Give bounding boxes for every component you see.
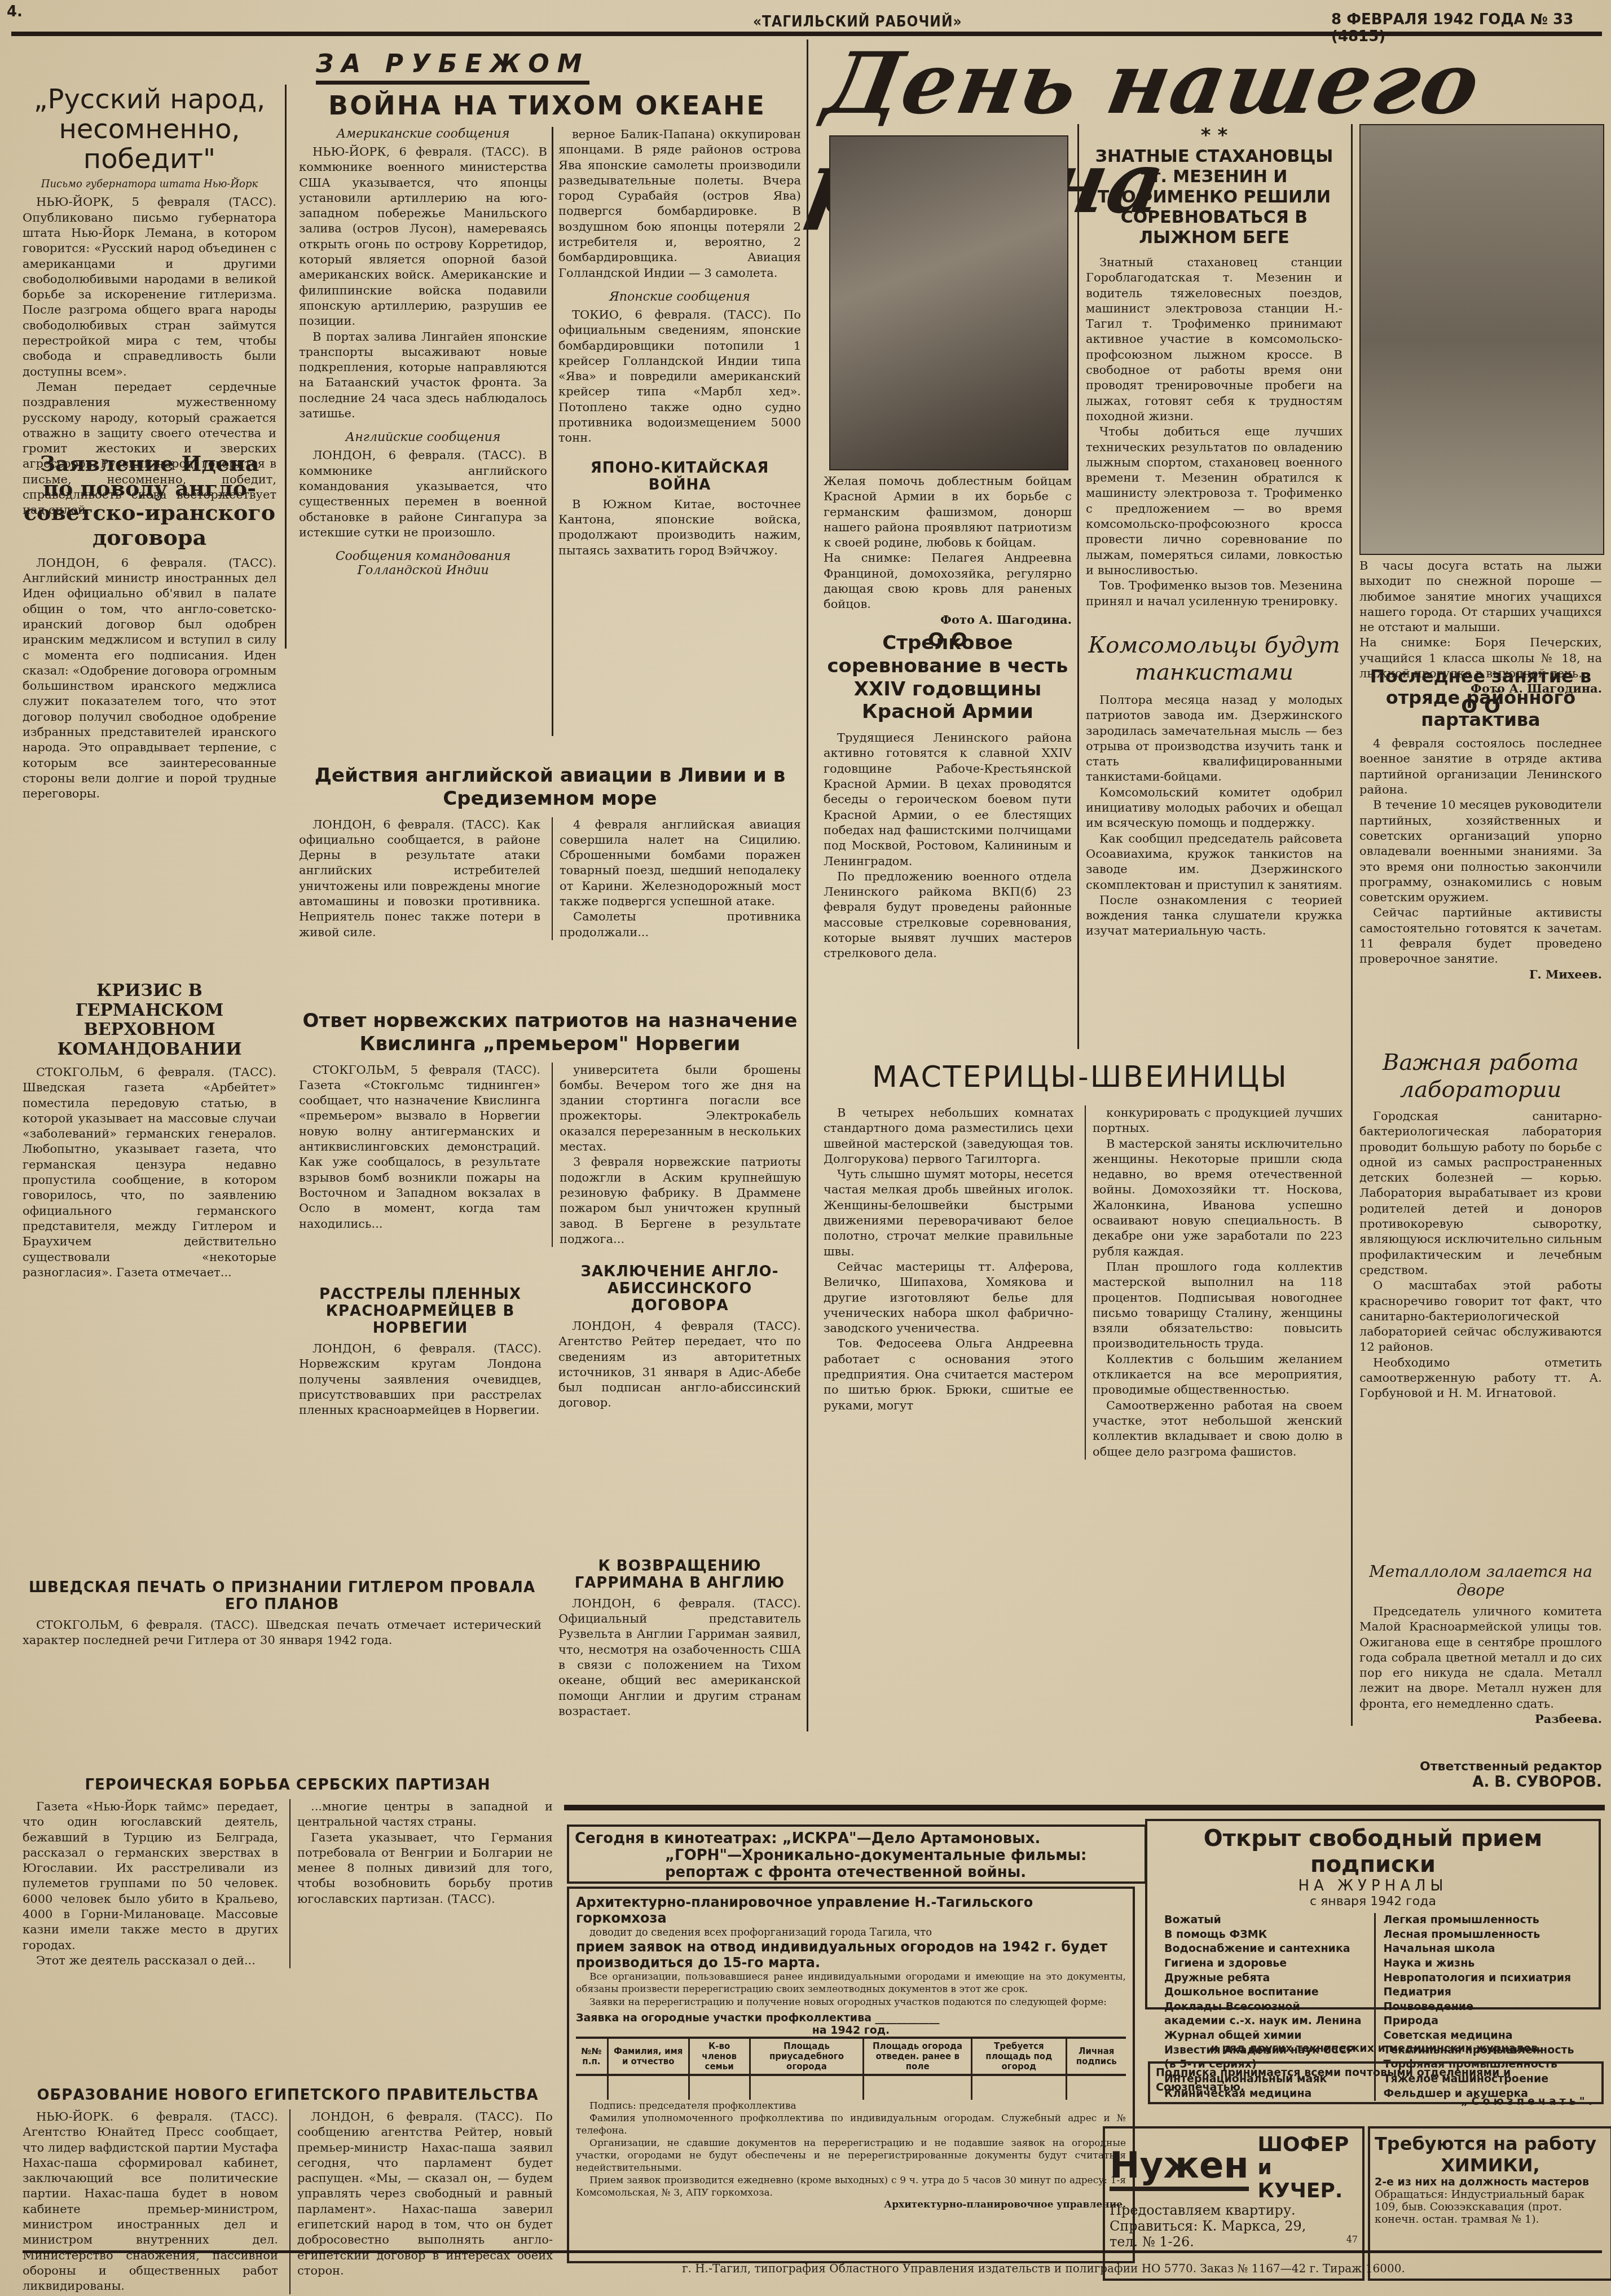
cinema-line: Сегодня в кинотеатрах: „ИСКРА"—Дело Арта… xyxy=(575,1830,1139,1847)
paragraph: университета были брошены бомбы. Вечером… xyxy=(560,1063,801,1155)
ad-code: 47 xyxy=(1346,2234,1358,2250)
paragraph: План прошлого года коллектив мастерской … xyxy=(1093,1259,1342,1352)
article-seamstresses: В четырех небольших комнатах стандартног… xyxy=(824,1105,1342,1460)
form-title: Заявка на огородные участки профколлекти… xyxy=(576,2012,1126,2024)
ad-role: и КУЧЕР. xyxy=(1258,2156,1358,2202)
paragraph: 4 февраля английская авиация совершила н… xyxy=(560,817,801,910)
paragraph: Председатель уличного комитета Малой Кра… xyxy=(1359,1604,1602,1712)
journal-item: Природа xyxy=(1384,2014,1582,2029)
paragraph: Фамилия уполномоченного профколлектива п… xyxy=(576,2112,1126,2137)
paragraph: Тов. Трофименко вызов тов. Мезенина прин… xyxy=(1086,578,1342,609)
page-number: 4. xyxy=(7,3,23,20)
imprint: г. Н.-Тагил, типография Областного Управ… xyxy=(508,2262,1579,2275)
article-title: Последнее занятие в отряде районного пар… xyxy=(1359,666,1602,730)
paragraph: конкурировать с продукцией лучших портны… xyxy=(1093,1105,1342,1136)
paragraph: Организации, не сдавшие документов на пе… xyxy=(576,2137,1126,2174)
article-title: РАССТРЕЛЫ ПЛЕННЫХ КРАСНОАРМЕЙЦЕВ В НОРВЕ… xyxy=(299,1286,542,1337)
article-title: „Русский народ, несомненно, победит" xyxy=(23,85,276,174)
journal-item: Советская медицина xyxy=(1384,2029,1582,2043)
article-pacific-col2: верное Балик-Папана) оккупирован японцам… xyxy=(558,127,801,558)
cinema-ad: Сегодня в кинотеатрах: „ИСКРА"—Дело Арта… xyxy=(567,1825,1147,1884)
ad-contact: Справиться: К. Маркса, 29, xyxy=(1110,2218,1358,2234)
article-egypt: ОБРАЗОВАНИЕ НОВОГО ЕГИПЕТСКОГО ПРАВИТЕЛЬ… xyxy=(23,2087,553,2294)
paragraph: доводит до сведения всех профорганизаций… xyxy=(576,1926,1126,1939)
journal-item: Невропатология и психиатрия xyxy=(1384,1971,1582,1986)
paragraph: Чуть слышно шумят моторы, несется частая… xyxy=(824,1167,1073,1259)
ad-rule xyxy=(564,1805,1605,1810)
article-lab: Важная работа лаборатории Городская сани… xyxy=(1359,1049,1602,1402)
section-title: ЗА РУБЕЖОМ xyxy=(316,50,589,85)
paragraph: После ознакомления с теорией вождения та… xyxy=(1086,893,1342,939)
article-title: ШВЕДСКАЯ ПЕЧАТЬ О ПРИЗНАНИИ ГИТЛЕРОМ ПРО… xyxy=(23,1579,542,1613)
paragraph: Газета указывает, что Германия потребова… xyxy=(297,1830,553,1907)
note-text: Подписка принимается всеми почтовыми отд… xyxy=(1156,2066,1596,2095)
paragraph: НЬЮ-ЙОРК, 6 февраля. (ТАСС). В коммюнике… xyxy=(299,144,547,329)
footer-rule xyxy=(23,2250,1602,2253)
paragraph: Заявки на перерегистрацию и получение но… xyxy=(576,1996,1126,2008)
journal-item: Доклады Всесоюзной академии с.-х. наук и… xyxy=(1164,2000,1363,2029)
paragraph: ТОКИО, 6 февраля. (ТАСС). По официальным… xyxy=(558,307,801,446)
paragraph: ЛОНДОН, 6 февраля. (ТАСС). По сообщению … xyxy=(297,2109,553,2279)
ad-subtitle: НА ЖУРНАЛЫ xyxy=(1147,1878,1599,1894)
subheading: Сообщения командования Голландской Индии xyxy=(299,549,547,578)
article-shooting: Стрелковое соревнование в честь XXIV год… xyxy=(824,632,1072,962)
paragraph: Сейчас партийные активисты самостоятельн… xyxy=(1359,905,1602,967)
column-divider xyxy=(1077,124,1079,1049)
driver-ad: Нужен ШОФЕР и КУЧЕР. Предоставляем кварт… xyxy=(1103,2126,1364,2281)
paragraph: Коллектив с большим желанием откликается… xyxy=(1093,1352,1342,1398)
subscription-note: Подписка принимается всеми почтовыми отд… xyxy=(1148,2061,1604,2104)
photo-caption: На снимке: Пелагея Андреевна Франциной, … xyxy=(824,550,1072,612)
editor-name: А. В. СУВОРОВ. xyxy=(1359,1774,1602,1791)
article-eden: Заявление Идена по поводу англо-советско… xyxy=(23,451,276,802)
paragraph: В мастерской заняты исключительно женщин… xyxy=(1093,1136,1342,1259)
article-title: КРИЗИС В ГЕРМАНСКОМ ВЕРХОВНОМ КОМАНДОВАН… xyxy=(23,981,276,1059)
paragraph: В четырех небольших комнатах стандартног… xyxy=(824,1105,1073,1167)
photo-caption: Желая помочь доблестным бойцам Красной А… xyxy=(824,474,1072,550)
subheading: Японские сообщения xyxy=(558,290,801,304)
application-form: №№ п.п. Фамилия, имя и отчество К-во чле… xyxy=(576,2037,1126,2100)
paragraph: верное Балик-Папана) оккупирован японцам… xyxy=(558,127,801,281)
ad-phone: тел. № 1-26. xyxy=(1110,2234,1194,2250)
paragraph: В портах залива Лингайен японские трансп… xyxy=(299,329,547,422)
article-title: Ответ норвежских патриотов на назначение… xyxy=(299,1010,801,1056)
article-title: ВОЙНА НА ТИХОМ ОКЕАНЕ xyxy=(293,90,801,121)
signature: Г. Михеев. xyxy=(1359,967,1602,981)
article-title: ЯПОНО-КИТАЙСКАЯ ВОЙНА xyxy=(558,460,801,493)
journal-item: Дружные ребята xyxy=(1164,1971,1363,1986)
article-title: Стрелковое соревнование в честь XXIV год… xyxy=(824,632,1072,724)
form-col: Площадь приусадебного огорода xyxy=(750,2038,863,2075)
page-divider xyxy=(807,39,808,1731)
article-title: Комсомольцы будут танкистами xyxy=(1086,632,1342,686)
paragraph: СТОКГОЛЬМ, 6 февраля. (ТАСС). Шведская г… xyxy=(23,1065,276,1280)
article-title: ЗНАТНЫЕ СТАХАНОВЦЫ тт. МЕЗЕНИН И ТРОФИМЕ… xyxy=(1086,147,1342,248)
signature: Разбеева. xyxy=(1359,1712,1602,1726)
article-title: Металлолом залается на дворе xyxy=(1359,1562,1602,1599)
org-name: „Союзпечать". xyxy=(1156,2095,1596,2109)
article-title: Заявление Идена по поводу англо-советско… xyxy=(23,451,276,550)
ad-contact: Обращаться: Индустриальный барак 109, бы… xyxy=(1375,2188,1606,2226)
paragraph: В течение 10 месяцев руководители партий… xyxy=(1359,797,1602,905)
paragraph: Знатный стахановец станции Гороблагодатс… xyxy=(1086,255,1342,424)
journal-item: Педиатрия xyxy=(1384,1985,1582,2000)
article-ski: * * ЗНАТНЫЕ СТАХАНОВЦЫ тт. МЕЗЕНИН И ТРО… xyxy=(1086,124,1342,609)
journal-item: Наука и жизнь xyxy=(1384,1956,1582,1971)
article-title: ЗАКЛЮЧЕНИЕ АНГЛО-АБИССИНСКОГО ДОГОВОРА xyxy=(558,1263,801,1314)
article-title: Действия английской авиации в Ливии и в … xyxy=(299,764,801,810)
paragraph: 4 февраля состоялось последнее военное з… xyxy=(1359,736,1602,797)
paragraph: ЛОНДОН, 6 февраля. (ТАСС). Английский ми… xyxy=(23,556,276,802)
paragraph: Чтобы добиться еще лучших технических ре… xyxy=(1086,424,1342,578)
journal-item: Легкая промышленность xyxy=(1384,1913,1582,1928)
ad-highlight: прием заявок на отвод индивидуальных ого… xyxy=(576,1939,1126,1971)
article-title: ГЕРОИЧЕСКАЯ БОРЬБА СЕРБСКИХ ПАРТИЗАН xyxy=(23,1777,553,1793)
journal-item: Водоснабжение и сантехника xyxy=(1164,1942,1363,1956)
journal-item: Дошкольное воспитание xyxy=(1164,1985,1363,2000)
article-pacific-col1: Американские сообщения НЬЮ-ЙОРК, 6 февра… xyxy=(299,127,547,578)
paragraph: В Южном Китае, восточнее Кантона, японск… xyxy=(558,497,801,558)
article-title: ОБРАЗОВАНИЕ НОВОГО ЕГИПЕТСКОГО ПРАВИТЕЛЬ… xyxy=(23,2087,553,2104)
ad-role: ХИМИКИ, xyxy=(1375,2154,1606,2176)
newspaper-name: «ТАГИЛЬСКИЙ РАБОЧИЙ» xyxy=(753,14,962,30)
paragraph: ЛОНДОН, 4 февраля (ТАСС). Агентство Рейт… xyxy=(558,1319,801,1411)
article-partaktiv: Последнее занятие в отряде районного пар… xyxy=(1359,666,1602,981)
form-col: Фамилия, имя и отчество xyxy=(608,2038,689,2075)
signature: Архитектурно-планировочное управление. xyxy=(576,2199,1126,2210)
form-col: Личная подпись xyxy=(1066,2038,1126,2075)
ad-date: с января 1942 года xyxy=(1147,1894,1599,1909)
ad-needed: Нужен xyxy=(1110,2145,1249,2191)
cinema-line: репортаж с фронта отечественной войны. xyxy=(575,1864,1139,1881)
article-scrap: Металлолом залается на дворе Председател… xyxy=(1359,1562,1602,1726)
journal-item: Журнал общей химии xyxy=(1164,2029,1363,2043)
article-libya: Действия английской авиации в Ливии и в … xyxy=(299,764,801,940)
column-divider xyxy=(552,127,553,736)
article-abyssinia: ЗАКЛЮЧЕНИЕ АНГЛО-АБИССИНСКОГО ДОГОВОРА Л… xyxy=(558,1263,801,1719)
paragraph: Самоотверженно работая на своем участке,… xyxy=(1093,1398,1342,1460)
paragraph: ЛОНДОН, 6 февраля. (ТАСС). Официальный п… xyxy=(558,1596,801,1719)
skier-photo xyxy=(1359,124,1604,555)
journal-item: Начальная школа xyxy=(1384,1942,1582,1956)
form-col: К-во членов семьи xyxy=(689,2038,750,2075)
editor-block: Ответственный редактор А. В. СУВОРОВ. xyxy=(1359,1760,1602,1791)
ad-title: Открыт свободный прием подписки xyxy=(1147,1826,1599,1878)
journal-list-more: и ряд других технических и медицинских ж… xyxy=(1151,2042,1602,2056)
paragraph: Городская санитарно-бактериологическая л… xyxy=(1359,1109,1602,1278)
paragraph: Сейчас мастерицы тт. Алферова, Величко, … xyxy=(824,1259,1073,1336)
form-col: №№ п.п. xyxy=(576,2038,608,2075)
article-pows: РАССТРЕЛЫ ПЛЕННЫХ КРАСНОАРМЕЙЦЕВ В НОРВЕ… xyxy=(299,1286,542,1418)
article-title: К ВОЗВРАЩЕНИЮ ГАРРИМАНА В АНГЛИЮ xyxy=(558,1558,801,1592)
editor-label: Ответственный редактор xyxy=(1359,1760,1602,1774)
paragraph: Этот же деятель рассказал о дей... xyxy=(23,1953,278,1968)
portrait-caption-block: Желая помочь доблестным бойцам Красной А… xyxy=(824,474,1072,651)
subheading: Английские сообщения xyxy=(299,430,547,444)
article-komsomol: Комсомольцы будут танкистами Полтора мес… xyxy=(1086,632,1342,939)
chemists-ad: Требуются на работу ХИМИКИ, 2-е из них н… xyxy=(1368,2126,1611,2281)
paragraph: ЛОНДОН, 6 февраля. (ТАСС). Норвежским кр… xyxy=(299,1341,542,1418)
paragraph: Тов. Федосеева Ольга Андреевна работает … xyxy=(824,1336,1073,1413)
paragraph: ...многие центры в западной и центрально… xyxy=(297,1799,553,1830)
journal-item: В помощь ФЗМК xyxy=(1164,1928,1363,1942)
paragraph: По предложению военного отдела Ленинског… xyxy=(824,869,1072,962)
journal-item: Лесная промышленность xyxy=(1384,1928,1582,1942)
paragraph: Как сообщил председатель райсовета Осоав… xyxy=(1086,831,1342,893)
paragraph: О масштабах этой работы красноречиво гов… xyxy=(1359,1278,1602,1355)
paragraph: Газета «Нью-Йорк таймс» передает, что од… xyxy=(23,1799,278,1953)
photo-caption: В часы досуга встать на лыжи выходит по … xyxy=(1359,558,1602,635)
subheading: Американские сообщения xyxy=(299,127,547,141)
article-subtitle: Письмо губернатора штата Нью-Йорк xyxy=(23,178,276,190)
newspaper-page: 4. «ТАГИЛЬСКИЙ РАБОЧИЙ» 8 ФЕВРАЛЯ 1942 Г… xyxy=(0,0,1611,2296)
ad-role: ШОФЕР xyxy=(1258,2133,1358,2156)
journal-item: Гигиена и здоровье xyxy=(1164,1956,1363,1971)
paragraph: Прием заявок производится ежедневно (кро… xyxy=(576,2174,1126,2199)
portrait-photo xyxy=(829,135,1068,470)
article-title: Важная работа лаборатории xyxy=(1359,1049,1602,1103)
cinema-line: „ГОРН"—Хроникально-документальные фильмы… xyxy=(575,1847,1139,1864)
paragraph: 3 февраля норвежские патриоты подожгли в… xyxy=(560,1154,801,1247)
article-norway: Ответ норвежских патриотов на назначение… xyxy=(299,1010,801,1247)
paragraph: Самолеты противника продолжали... xyxy=(560,909,801,940)
paragraph: ЛОНДОН, 6 февраля. (ТАСС). Как официальн… xyxy=(299,817,540,940)
paragraph: Трудящиеся Ленинского района активно гот… xyxy=(824,730,1072,869)
column-divider xyxy=(285,85,287,649)
journal-item: Вожатый xyxy=(1164,1913,1363,1928)
paragraph: Полтора месяца назад у молодых патриотов… xyxy=(1086,693,1342,785)
paragraph: ЛОНДОН, 6 февраля. (ТАСС). В коммюнике а… xyxy=(299,448,547,540)
ad-title: Требуются на работу xyxy=(1375,2133,1606,2154)
article-crisis: КРИЗИС В ГЕРМАНСКОМ ВЕРХОВНОМ КОМАНДОВАН… xyxy=(23,981,276,1280)
separator-stars: * * xyxy=(1086,124,1342,147)
paragraph: Все организации, пользовавшиеся ранее ин… xyxy=(576,1971,1126,1995)
paragraph: СТОКГОЛЬМ, 6 февраля. (ТАСС). Шведская п… xyxy=(23,1618,542,1649)
paragraph: Подпись: председателя профколлектива xyxy=(576,2100,1126,2112)
subscription-ad: Открыт свободный прием подписки НА ЖУРНА… xyxy=(1145,1819,1601,2009)
ad-detail: 2-е из них на должность мастеров xyxy=(1375,2176,1606,2188)
paragraph: НЬЮ-ЙОРК. 6 февраля. (ТАСС). Агентство Ю… xyxy=(23,2109,278,2294)
form-col: Площадь огорода отведен. ранее в поле xyxy=(864,2038,972,2075)
gardens-ad: Архитектурно-планировочное управление Н.… xyxy=(567,1887,1135,2263)
form-year: на 1942 год. xyxy=(576,2024,1126,2037)
paragraph: Необходимо отметить самоотверженную рабо… xyxy=(1359,1355,1602,1402)
journal-item: Почвоведение xyxy=(1384,2000,1582,2015)
paragraph: НЬЮ-ЙОРК, 5 февраля (ТАСС). Опубликовано… xyxy=(23,195,276,380)
article-title: МАСТЕРИЦЫ-ШВЕИНИЦЫ xyxy=(812,1060,1348,1094)
form-col: Требуется площадь под огород xyxy=(972,2038,1066,2075)
ad-offer: Предоставляем квартиру. xyxy=(1110,2202,1358,2218)
paragraph: СТОКГОЛЬМ, 5 февраля (ТАСС). Газета «Сто… xyxy=(299,1063,540,1232)
article-serbia: ГЕРОИЧЕСКАЯ БОРЬБА СЕРБСКИХ ПАРТИЗАН Газ… xyxy=(23,1777,553,1968)
photo-credit: Фото А. Шагодина. xyxy=(824,612,1072,627)
column-divider xyxy=(1351,124,1353,1726)
paragraph: Комсомольский комитет одобрил инициативу… xyxy=(1086,785,1342,831)
article-swedish-press: ШВЕДСКАЯ ПЕЧАТЬ О ПРИЗНАНИИ ГИТЛЕРОМ ПРО… xyxy=(23,1579,542,1649)
ad-title: Архитектурно-планировочное управление Н.… xyxy=(576,1894,1126,1926)
